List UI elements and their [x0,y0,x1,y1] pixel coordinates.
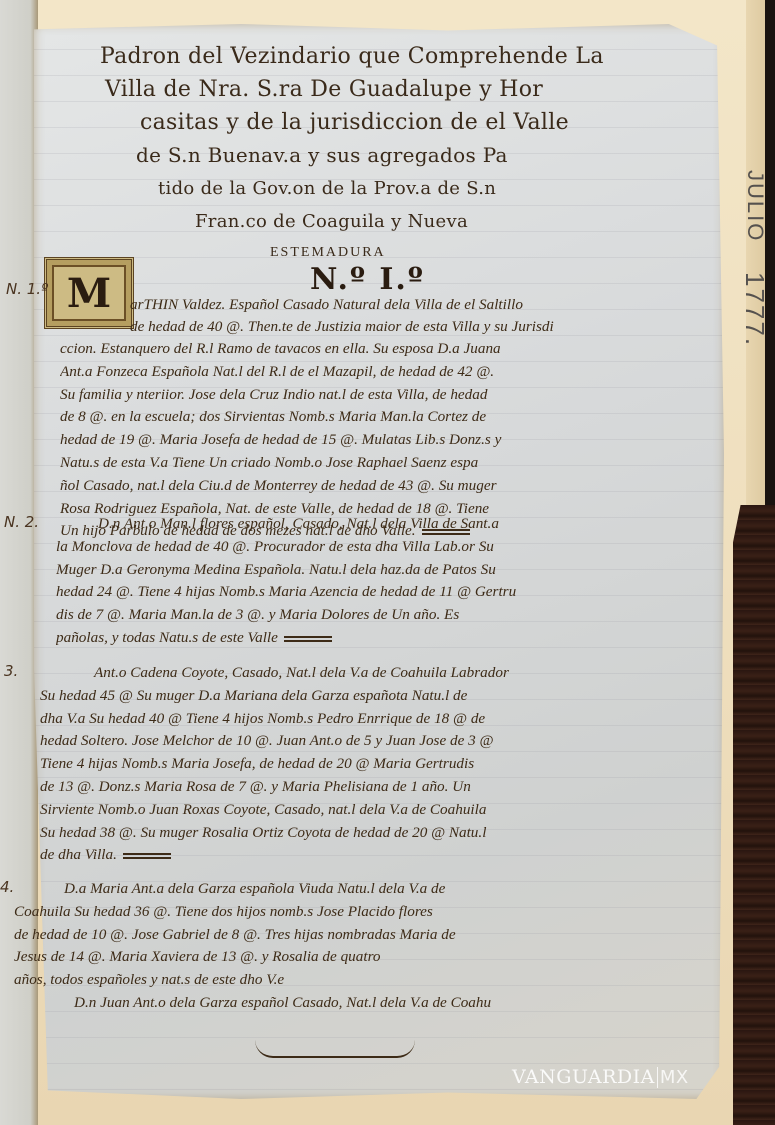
title-line: tido de la Gov.on de la Prov.a de S.n [158,172,690,205]
entry-line: Natu.s de esta V.a Tiene Un criado Nomb.… [60,452,720,475]
entry-number-label: N. 1.º [6,280,48,298]
entry-line: de 13 @. Donz.s Maria Rosa de 7 @. y Mar… [40,776,720,799]
entry-2-body: D.n Ant.o Man.l flores español, Casado, … [56,513,716,650]
entry-line: Jesus de 14 @. Maria Xavierа de 13 @. y … [14,946,720,969]
entry-line: Coahuila Su hedad 36 @. Tiene dos hijos … [14,901,720,924]
archive-year: 1777. [740,272,770,347]
entry-4-body: D.a Maria Ant.a dela Garza española Viud… [14,878,720,1015]
entry-line: de hedad de 10 @. Jose Gabriel de 8 @. T… [14,924,720,947]
title-line: de S.n Buenav.a y sus agregados Pa [136,139,690,172]
archive-date-note: JULIO 1777. [730,170,770,400]
entry-line: hedad de 19 @. Maria Josefa de hedad de … [60,429,720,452]
entry-line: pañolas, y todas Natu.s de este Valle [56,627,716,650]
entry-line-text: de dha Villa. [40,846,117,863]
entry-line: arTHIN Valdez. Español Casado Natural de… [130,294,720,317]
entry-line: Ant.o Cadena Coyote, Casado, Nat.l dela … [40,662,720,685]
entry-line: la Monclova de hedad de 40 @. Procurador… [56,536,716,559]
title-line: Fran.co de Coaguila y Nueva [195,205,690,238]
entry-line: de dha Villa. [40,844,720,867]
watermark-suffix: MX [657,1067,689,1088]
entry-line: D.a Maria Ant.a dela Garza española Viud… [14,878,720,901]
title-line: Padron del Vezindario que Comprehende La [100,40,690,73]
entry-line: ccion. Estanquero del R.l Ramo de tavaco… [60,338,720,361]
entry-line: D.n Juan Ant.o dela Garza español Casado… [14,992,720,1015]
entry-number-label: N. 2. [4,513,39,531]
entry-line: hedad Soltero. Jose Melchor de 10 @. Jua… [40,730,720,753]
entry-number-label: 3. [4,662,18,680]
entry-line: Tiene 4 hijas Nomb.s Maria Josefa, de he… [40,753,720,776]
entry-line: Su familia y nteriior. Jose dela Cruz In… [60,384,720,407]
archive-month: JULIO [743,170,768,242]
entry-line: Muger D.a Geronyma Medina Española. Natu… [56,559,716,582]
entry-1-second-line: de hedad de 40 @. Then.te de Justizia ma… [130,316,720,339]
title-line: casitas y de la jurisdiccion de el Valle [140,106,690,139]
entry-number-label: 4. [0,878,14,896]
watermark: VANGUARDIAMX [512,1066,689,1088]
entry-line: de 8 @. en la escuela; dos Sirvientas No… [60,406,720,429]
illuminated-initial: M [44,257,134,329]
entry-line: de hedad de 40 @. Then.te de Justizia ma… [130,316,720,339]
entry-line: dis de 7 @. Maria Man.la de 3 @. y Maria… [56,604,716,627]
entry-line: Sirviente Nomb.o Juan Roxas Coyote, Casa… [40,799,720,822]
ink-flourish [255,1040,415,1058]
entry-line: Su hedad 45 @ Su muger D.a Mariana dela … [40,685,720,708]
entry-line: D.n Ant.o Man.l flores español, Casado, … [56,513,716,536]
dropcap-letter: M [67,270,111,317]
double-rule [123,853,171,859]
entry-line: ñol Casado, nat.l dela Ciu.d de Monterre… [60,475,720,498]
document-subtitle: ESTEMADURA [270,245,386,261]
entry-line: años, todos españoles y nat.s de este dh… [14,969,720,992]
wooden-surface [733,505,775,1125]
double-rule [284,636,332,642]
watermark-brand: VANGUARDIA [512,1066,655,1088]
entry-line-text: pañolas, y todas Natu.s de este Valle [56,629,278,646]
entry-line: Su hedad 38 @. Su muger Rosalia Ortiz Co… [40,822,720,845]
entry-1-first-line: arTHIN Valdez. Español Casado Natural de… [130,294,720,317]
entry-line: hedad 24 @. Tiene 4 hijas Nomb.s Maria A… [56,581,716,604]
entry-3-body: Ant.o Cadena Coyote, Casado, Nat.l dela … [40,662,720,867]
entry-number-heading: N.º I.º [310,262,425,297]
entry-line: Ant.a Fonzeca Española Nat.l del R.l de … [60,361,720,384]
entry-line: dha V.a Su hedad 40 @ Tiene 4 hijos Nomb… [40,708,720,731]
document-title: Padron del Vezindario que Comprehende La… [100,40,690,238]
title-line: Villa de Nra. S.ra De Guadalupe y Hor [105,73,690,106]
